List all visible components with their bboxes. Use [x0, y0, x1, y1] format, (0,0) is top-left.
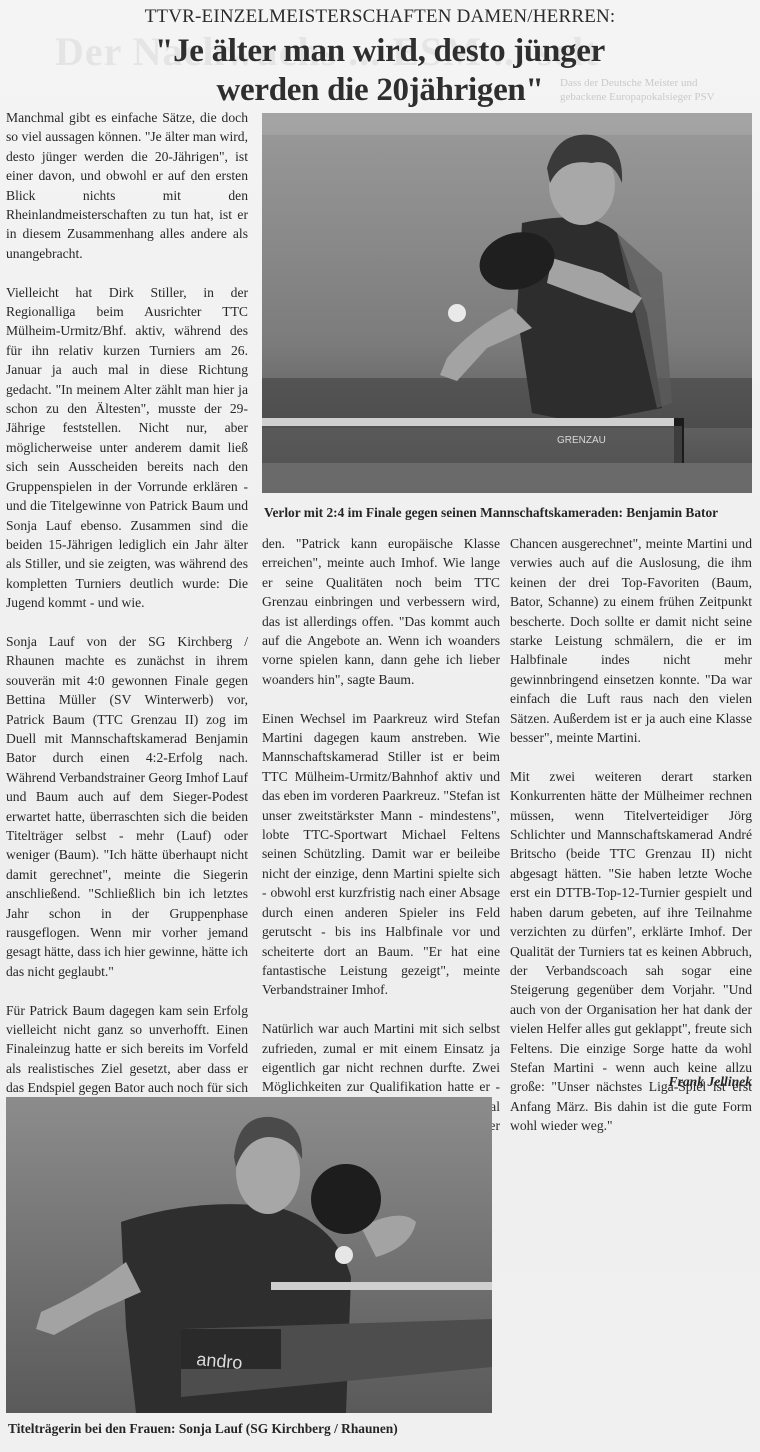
- headline-line-2: werden die 20jährigen": [0, 71, 760, 110]
- author-byline: Frank Jellinek: [510, 1074, 752, 1090]
- table-tennis-player-illustration: GRENZAU: [262, 113, 752, 493]
- article-column-1: Manchmal gibt es einfache Sätze, die doc…: [6, 108, 248, 1253]
- paragraph: Einen Wechsel im Paarkreuz wird Stefan M…: [262, 709, 500, 1000]
- article-headline: "Je älter man wird, desto jünger werden …: [0, 32, 760, 110]
- paragraph: Chancen ausgerechnet", meinte Martini un…: [510, 534, 752, 747]
- paragraph: Manchmal gibt es einfache Sätze, die doc…: [6, 108, 248, 263]
- paragraph: Vielleicht hat Dirk Stiller, in der Regi…: [6, 283, 248, 613]
- paragraph: den. "Patrick kann europäische Klasse er…: [262, 534, 500, 689]
- article-kicker: TTVR-EINZELMEISTERSCHAFTEN DAMEN/HERREN:: [0, 6, 760, 28]
- article-column-3: Chancen ausgerechnet", meinte Martini un…: [510, 534, 752, 1136]
- article-column-2: den. "Patrick kann europäische Klasse er…: [262, 534, 500, 1155]
- photo-benjamin-bator: GRENZAU: [262, 113, 752, 493]
- svg-text:andro: andro: [196, 1349, 244, 1373]
- photo-caption-bator: Verlor mit 2:4 im Finale gegen seinen Ma…: [264, 505, 754, 521]
- paragraph: Sonja Lauf von der SG Kirchberg / Rhaune…: [6, 632, 248, 981]
- photo-caption-lauf: Titelträgerin bei den Frauen: Sonja Lauf…: [8, 1421, 498, 1437]
- svg-text:GRENZAU: GRENZAU: [557, 435, 606, 446]
- photo-sonja-lauf: andro: [6, 1097, 492, 1413]
- table-tennis-player-illustration: andro: [6, 1097, 492, 1413]
- newspaper-page: Der Nachwuchs ... ESM ... selt Dass der …: [0, 0, 760, 1452]
- headline-line-1: "Je älter man wird, desto jünger: [0, 32, 760, 71]
